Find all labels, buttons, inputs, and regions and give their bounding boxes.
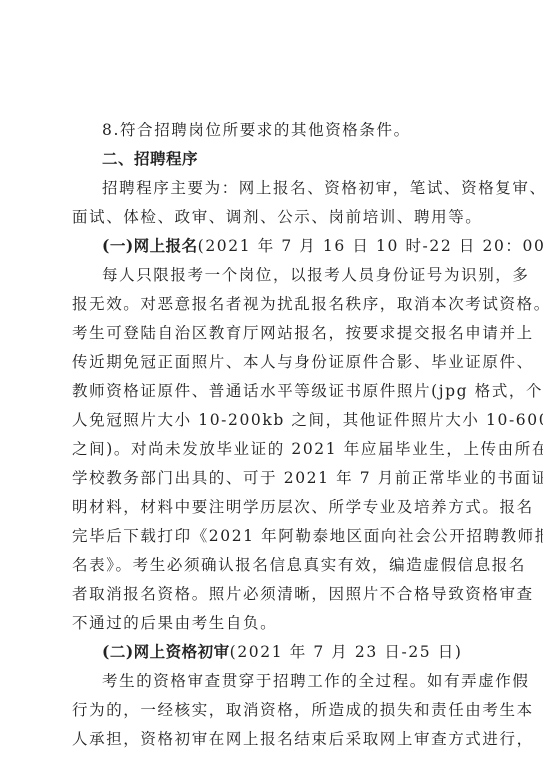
subsection-online-preliminary-review-title: (二)网上资格初审(2021 年 7 月 23 日-25 日) (102, 642, 472, 662)
paragraph-line: 考生可登陆自治区教育厅网站报名，按要求提交报名申请并上 (72, 323, 472, 343)
subsection-label: (二)网上资格初审 (102, 642, 230, 661)
paragraph-line: 人免冠照片大小 10-200kb 之间，其他证件照片大小 10-600kb (72, 410, 472, 430)
subsection-date: (2021 年 7 月 16 日 10 时-22 日 20：00 时)。 (198, 237, 543, 255)
procedure-intro-line-2: 面试、体检、政审、调剂、公示、岗前培训、聘用等。 (72, 207, 472, 227)
paragraph-line: 行为的，一经核实，取消资格，所造成的损失和责任由考生本 (72, 700, 472, 720)
requirement-item-8: 8.符合招聘岗位所要求的其他资格条件。 (102, 120, 472, 140)
paragraph-line: 完毕后下载打印《2021 年阿勒泰地区面向社会公开招聘教师报 (72, 526, 472, 546)
paragraph-line: 人承担，资格初审在网上报名结束后采取网上审查方式进行， (72, 729, 472, 749)
procedure-intro-line-1: 招聘程序主要为：网上报名、资格初审，笔试、资格复审、 (102, 178, 472, 198)
paragraph-line: 明材料，材料中要注明学历层次、所学专业及培养方式。报名 (72, 497, 472, 517)
paragraph-line: 传近期免冠正面照片、本人与身份证原件合影、毕业证原件、 (72, 352, 472, 372)
subsection-label: (一)网上报名 (102, 236, 198, 255)
paragraph-line: 者取消报名资格。照片必须清晰，因照片不合格导致资格审查 (72, 584, 472, 604)
subsection-online-registration-title: (一)网上报名(2021 年 7 月 16 日 10 时-22 日 20：00 … (102, 236, 472, 256)
paragraph-line: 每人只限报考一个岗位，以报考人员身份证号为识别，多 (102, 265, 472, 285)
paragraph-line: 不通过的后果由考生自负。 (72, 613, 472, 633)
paragraph-line: 报无效。对恶意报名者视为扰乱报名秩序，取消本次考试资格。 (72, 294, 472, 314)
paragraph-line: 教师资格证原件、普通话水平等级证书原件照片(jpg 格式，个 (72, 381, 472, 401)
paragraph-line: 学校教务部门出具的、可于 2021 年 7 月前正常毕业的书面证 (72, 468, 472, 488)
paragraph-line: 之间)。对尚未发放毕业证的 2021 年应届毕业生，上传由所在 (72, 439, 472, 459)
paragraph-line: 名表》。考生必须确认报名信息真实有效，编造虚假信息报名 (72, 555, 472, 575)
document-page: 8.符合招聘岗位所要求的其他资格条件。 二、招聘程序 招聘程序主要为：网上报名、… (0, 0, 543, 768)
section-heading-recruitment-procedure: 二、招聘程序 (102, 149, 472, 169)
paragraph-line: 考生的资格审查贯穿于招聘工作的全过程。如有弄虚作假 (102, 671, 472, 691)
subsection-date: (2021 年 7 月 23 日-25 日) (230, 643, 463, 661)
